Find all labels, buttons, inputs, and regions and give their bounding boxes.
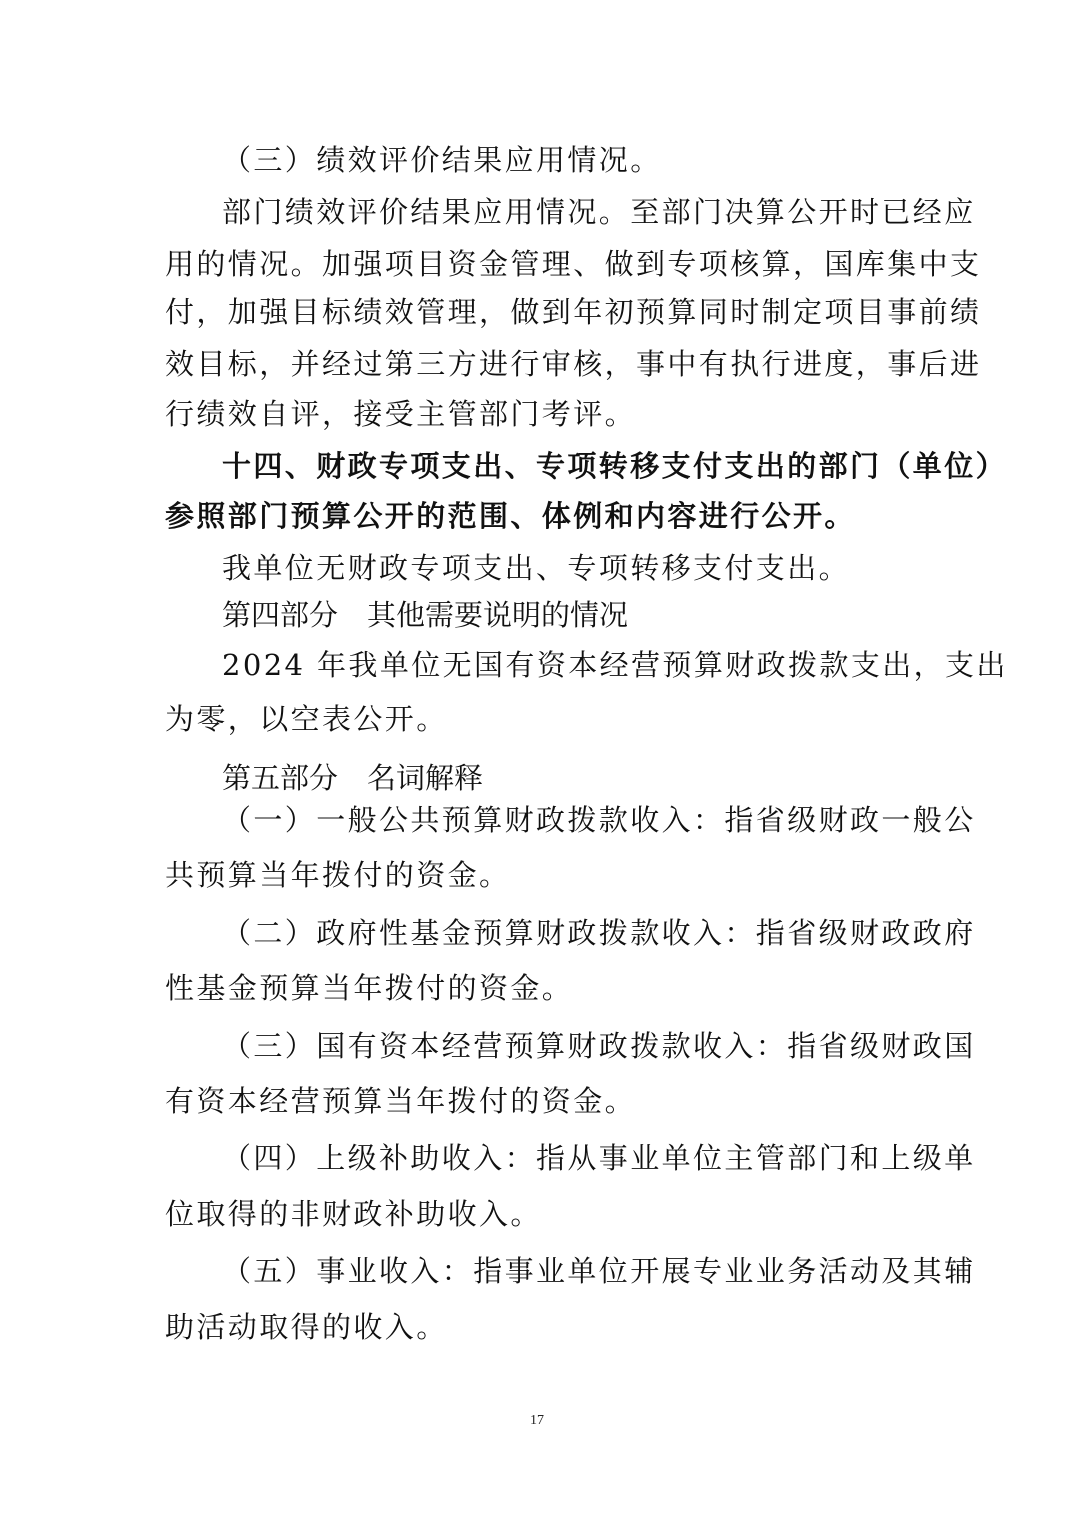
section-heading: 第五部分 名词解释 (222, 760, 972, 796)
paragraph-line: 部门绩效评价结果应用情况。至部门决算公开时已经应 (222, 194, 972, 230)
bold-heading-line: 十四、财政专项支出、专项转移支付支出的部门（单位） (222, 448, 972, 484)
paragraph-line: 性基金预算当年拨付的资金。 (165, 970, 915, 1006)
paragraph-line: 用的情况。加强项目资金管理、做到专项核算，国库集中支 (165, 246, 915, 282)
paragraph-line: 2024 年我单位无国有资本经营预算财政拨款支出，支出 (222, 647, 972, 683)
paragraph-line: 付，加强目标绩效管理，做到年初预算同时制定项目事前绩 (165, 294, 915, 330)
paragraph-line: 我单位无财政专项支出、专项转移支付支出。 (222, 550, 972, 586)
paragraph-line: （三）国有资本经营预算财政拨款收入：指省级财政国 (222, 1028, 972, 1064)
paragraph-line: 有资本经营预算当年拨付的资金。 (165, 1083, 915, 1119)
paragraph-line: 为零，以空表公开。 (165, 701, 915, 737)
paragraph-line: 行绩效自评，接受主管部门考评。 (165, 396, 915, 432)
paragraph-line: 效目标，并经过第三方进行审核，事中有执行进度，事后进 (165, 346, 915, 382)
page-number: 17 (0, 1413, 1074, 1429)
paragraph-line: （四）上级补助收入：指从事业单位主管部门和上级单 (222, 1140, 972, 1176)
bold-heading-line: 参照部门预算公开的范围、体例和内容进行公开。 (165, 498, 915, 534)
document-page: （三）绩效评价结果应用情况。部门绩效评价结果应用情况。至部门决算公开时已经应用的… (0, 0, 1074, 1520)
paragraph-line: （三）绩效评价结果应用情况。 (222, 142, 972, 178)
paragraph-line: 助活动取得的收入。 (165, 1309, 915, 1345)
paragraph-line: （二）政府性基金预算财政拨款收入：指省级财政政府 (222, 915, 972, 951)
paragraph-line: 位取得的非财政补助收入。 (165, 1196, 915, 1232)
section-heading: 第四部分 其他需要说明的情况 (222, 597, 972, 633)
paragraph-line: （一）一般公共预算财政拨款收入：指省级财政一般公 (222, 802, 972, 838)
paragraph-line: （五）事业收入：指事业单位开展专业业务活动及其辅 (222, 1253, 972, 1289)
paragraph-line: 共预算当年拨付的资金。 (165, 857, 915, 893)
